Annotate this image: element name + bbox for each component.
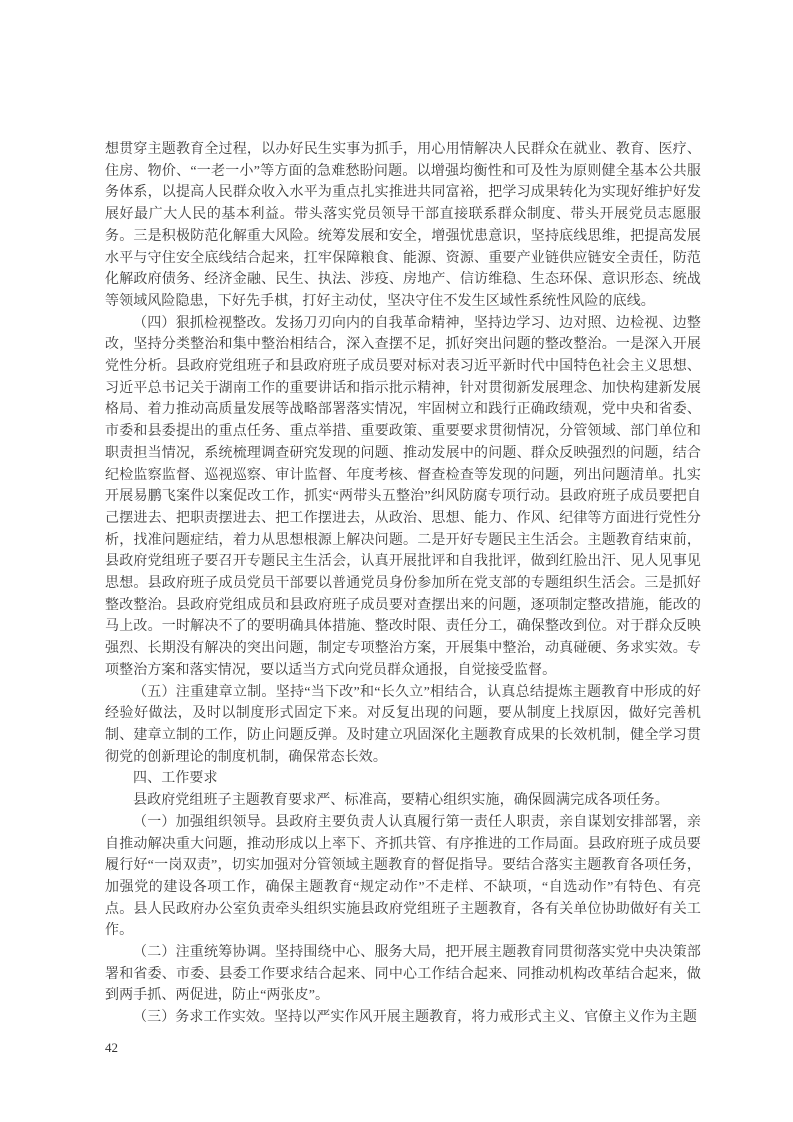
paragraph-work-requirements-intro: 县政府党组班子主题教育要求严、标准高，要精心组织实施，确保圆满完成各项任务。 [105,790,701,812]
paragraph-section-4-inspection-rectification: （四）狠抓检视整改。发扬刀刃向内的自我革命精神，坚持边学习、边对照、边检视、边整… [105,313,701,682]
heading-work-requirements: 四、工作要求 [105,768,701,790]
document-page: 想贯穿主题教育全过程，以办好民生实事为抓手，用心用情解决人民群众在就业、教育、医… [0,0,793,1122]
paragraph-continuation: 想贯穿主题教育全过程，以办好民生实事为抓手，用心用情解决人民群众在就业、教育、医… [105,139,701,313]
paragraph-item-1-strengthen-leadership: （一）加强组织领导。县政府主要负责人认真履行第一责任人职责，亲自谋划安排部署，亲… [105,812,701,942]
paragraph-item-3-practical-results: （三）务求工作实效。坚持以严实作风开展主题教育，将力戒形式主义、官僚主义作为主题 [105,1007,701,1029]
page-number: 42 [105,1040,118,1056]
document-body: 想贯穿主题教育全过程，以办好民生实事为抓手，用心用情解决人民群众在就业、教育、医… [105,139,701,1029]
paragraph-section-5-institution-building: （五）注重建章立制。坚持“当下改”和“长久立”相结合，认真总结提炼主题教育中形成… [105,682,701,769]
paragraph-item-2-coordination: （二）注重统筹协调。坚持围绕中心、服务大局，把开展主题教育同贯彻落实党中央决策部… [105,942,701,1007]
